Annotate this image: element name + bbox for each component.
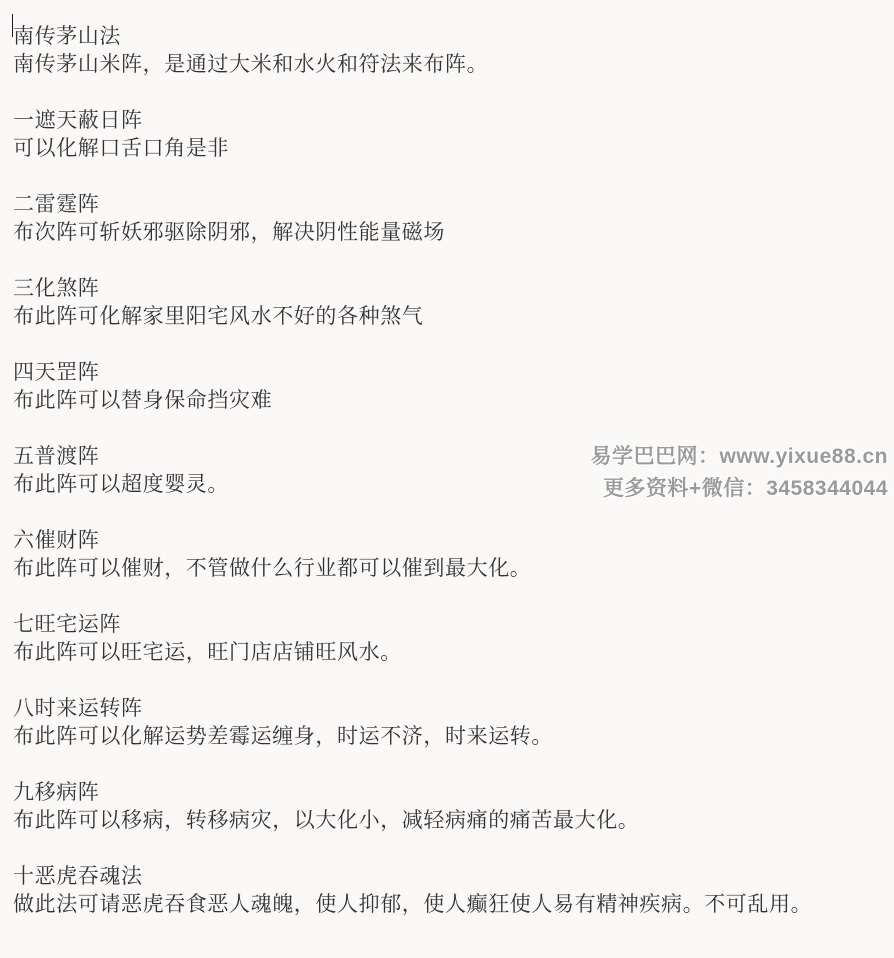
section-description: 做此法可请恶虎吞食恶人魂魄，使人抑郁，使人癫狂使人易有精神疾病。不可乱用。	[13, 891, 879, 919]
text-section: 一遮天蔽日阵 可以化解口舌口角是非	[13, 107, 879, 163]
section-title: 九移病阵	[13, 779, 879, 807]
section-title: 二雷霆阵	[13, 191, 879, 219]
section-description: 可以化解口舌口角是非	[13, 135, 879, 163]
section-description: 布次阵可斩妖邪驱除阴邪，解决阴性能量磁场	[13, 219, 879, 247]
section-title: 南传茅山法	[13, 23, 879, 51]
section-title: 六催财阵	[13, 527, 879, 555]
section-title: 三化煞阵	[13, 275, 879, 303]
text-section: 七旺宅运阵 布此阵可以旺宅运，旺门店店铺旺风水。	[13, 611, 879, 667]
text-section: 十恶虎吞魂法 做此法可请恶虎吞食恶人魂魄，使人抑郁，使人癫狂使人易有精神疾病。不…	[13, 863, 879, 919]
text-section: 六催财阵 布此阵可以催财，不管做什么行业都可以催到最大化。	[13, 527, 879, 583]
text-section: 八时来运转阵 布此阵可以化解运势差霉运缠身，时运不济，时来运转。	[13, 695, 879, 751]
watermark-site-line: 易学巴巴网：www.yixue88.cn	[591, 441, 888, 473]
section-description: 南传茅山米阵，是通过大米和水火和符法来布阵。	[13, 51, 879, 79]
section-title: 四天罡阵	[13, 359, 879, 387]
text-section: 九移病阵 布此阵可以移病，转移病灾，以大化小，减轻病痛的痛苦最大化。	[13, 779, 879, 835]
text-section: 南传茅山法 南传茅山米阵，是通过大米和水火和符法来布阵。	[13, 23, 879, 79]
section-description: 布此阵可以移病，转移病灾，以大化小，减轻病痛的痛苦最大化。	[13, 807, 879, 835]
section-title: 十恶虎吞魂法	[13, 863, 879, 891]
section-title: 一遮天蔽日阵	[13, 107, 879, 135]
section-title: 八时来运转阵	[13, 695, 879, 723]
section-description: 布此阵可以替身保命挡灾难	[13, 387, 879, 415]
section-description: 布此阵可化解家里阳宅风水不好的各种煞气	[13, 303, 879, 331]
text-section: 三化煞阵 布此阵可化解家里阳宅风水不好的各种煞气	[13, 275, 879, 331]
text-section: 二雷霆阵 布次阵可斩妖邪驱除阴邪，解决阴性能量磁场	[13, 191, 879, 247]
section-title: 七旺宅运阵	[13, 611, 879, 639]
text-section: 四天罡阵 布此阵可以替身保命挡灾难	[13, 359, 879, 415]
section-description: 布此阵可以催财，不管做什么行业都可以催到最大化。	[13, 555, 879, 583]
watermark: 易学巴巴网：www.yixue88.cn 更多资料+微信：3458344044	[591, 441, 888, 505]
section-description: 布此阵可以旺宅运，旺门店店铺旺风水。	[13, 639, 879, 667]
watermark-contact-line: 更多资料+微信：3458344044	[591, 473, 888, 505]
section-description: 布此阵可以化解运势差霉运缠身，时运不济，时来运转。	[13, 723, 879, 751]
